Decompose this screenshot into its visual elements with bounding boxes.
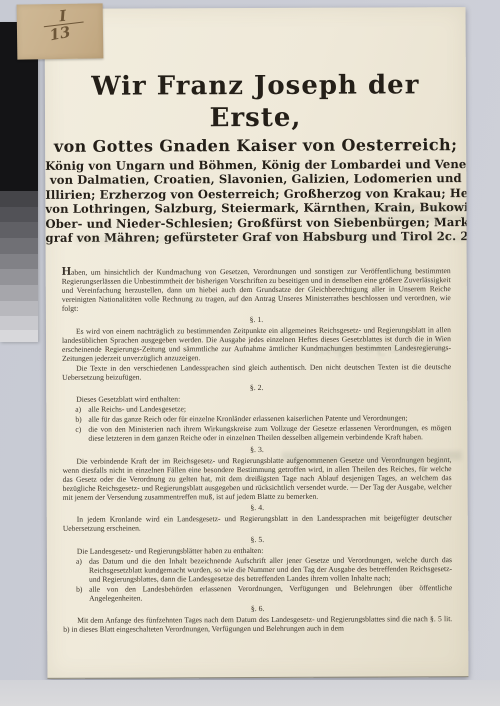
royal-title-line: von Lothringen, Salzburg, Steiermark, Kä… — [45, 200, 466, 216]
section-mark: §. 6. — [63, 604, 452, 615]
calibration-step — [0, 316, 38, 330]
document-header: Wir Franz Joseph der Erste, von Gottes G… — [45, 7, 467, 245]
list-item-text: die von den Ministerien nach ihrem Wirku… — [88, 424, 451, 444]
list-item-label: a) — [76, 557, 82, 566]
royal-title-line: von Dalmatien, Croatien, Slavonien, Gali… — [45, 171, 466, 187]
list-item-label: c) — [75, 425, 81, 434]
section-mark: §. 5. — [63, 534, 452, 545]
body-paragraph: Die Landesgesetz- und Regierungsblätter … — [63, 545, 452, 556]
list-item-label: b) — [75, 415, 81, 424]
page-subtitle: von Gottes Gnaden Kaiser von Oesterreich… — [45, 134, 466, 157]
archival-label: I 13 — [17, 3, 104, 59]
list-item: b)alle von den Landesbehörden erlassenen… — [63, 583, 452, 603]
list-item-text: das Datum und die den Inhalt bezeichnend… — [89, 555, 452, 584]
document-body: Haben, um hinsichtlich der Kundmachung v… — [62, 266, 453, 635]
section-mark: §. 3. — [62, 444, 451, 455]
list-item-label: a) — [75, 405, 81, 414]
calibration-step — [0, 269, 38, 285]
calibration-step — [0, 191, 38, 207]
royal-titles-list: König von Ungarn und Böhmen, König der L… — [45, 157, 466, 245]
section-mark: §. 4. — [63, 503, 452, 514]
calibration-step — [0, 207, 38, 223]
list-item-text: alle Reichs- und Landesgesetze; — [88, 405, 186, 414]
calibration-step — [0, 301, 38, 317]
preamble-paragraph: Haben, um hinsichtlich der Kundmachung v… — [62, 266, 451, 314]
list-item-text: alle von den Landesbehörden erlassenen V… — [89, 583, 452, 603]
section-mark: §. 1. — [62, 314, 451, 325]
calibration-step — [0, 330, 38, 342]
calibration-step — [0, 254, 38, 270]
calibration-step — [0, 238, 38, 254]
document-page: Franz Joseph. Wir Franz Joseph der Erste… — [45, 7, 469, 678]
list-item-text: alle für das ganze Reich oder für einzel… — [88, 414, 407, 424]
body-paragraph: Mit dem Anfange des fünfzehnten Tages na… — [63, 615, 452, 635]
list-item: a)das Datum und die den Inhalt bezeichne… — [63, 555, 452, 584]
royal-title-line: graf von Mähren; gefürsteter Graf von Ha… — [46, 229, 467, 245]
list-item: b)alle für das ganze Reich oder für einz… — [62, 414, 451, 425]
body-paragraph: In jedem Kronlande wird ein Landesgesetz… — [63, 514, 452, 534]
list-item-label: b) — [76, 585, 82, 594]
body-paragraph: Es wird von einem nachträglich zu bestim… — [62, 325, 451, 363]
page-title: Wir Franz Joseph der Erste, — [45, 69, 466, 135]
calibration-step — [0, 285, 38, 301]
section-mark: §. 2. — [62, 383, 451, 394]
grayscale-calibration-strip — [0, 22, 38, 342]
calibration-step — [0, 222, 38, 238]
list-item: a)alle Reichs- und Landesgesetze; — [62, 404, 451, 415]
body-paragraph: Die verbindende Kraft der im Reichsgeset… — [62, 455, 451, 502]
archival-number: I 13 — [43, 8, 83, 43]
body-paragraph: Die Texte in den verschiedenen Landesspr… — [62, 362, 451, 382]
list-item: c)die von den Ministerien nach ihrem Wir… — [62, 424, 451, 444]
document-sheet: Franz Joseph. Wir Franz Joseph der Erste… — [45, 7, 469, 679]
body-paragraph: Dieses Gesetzblatt wird enthalten: — [62, 394, 451, 405]
